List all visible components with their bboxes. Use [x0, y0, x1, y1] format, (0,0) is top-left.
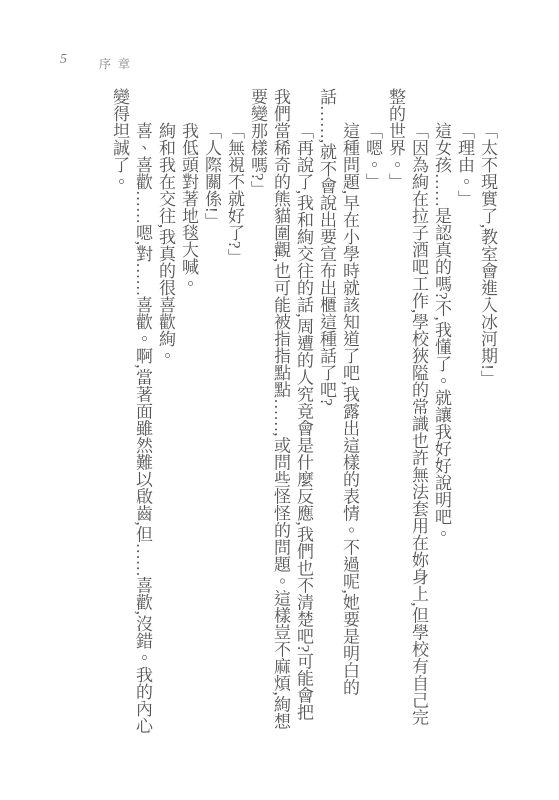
paragraph: 「因為絢在拉子酒吧工作,學校狹隘的常識也許無法套用在妳身上,但學校有自己完整的世… [384, 88, 430, 734]
book-page: 5 序章 「太不現實了,教室會進入冰河期!」「理由。」這女孩……是認真的嗎?不,… [0, 0, 559, 800]
paragraph: 喜、喜歡……嗯,對……喜歡。啊,當著面雖然難以啟齒,但……喜歡,沒錯。我的內心變… [108, 88, 154, 734]
paragraph: 「太不現實了,教室會進入冰河期!」 [476, 88, 499, 734]
paragraph: 絢和我在交往,我真的很喜歡絢。 [154, 88, 177, 734]
paragraph: 這種問題,早在小學時就該知道了吧,我露出這樣的表情。不過呢,她要是明白的話……,… [315, 88, 361, 734]
text-block: 「太不現實了,教室會進入冰河期!」「理由。」這女孩……是認真的嗎?不,我懂了。就… [108, 88, 499, 734]
paragraph: 我低頭對著地毯大喊。 [177, 88, 200, 734]
paragraph: 「嗯。」 [361, 88, 384, 734]
paragraph: 這女孩……是認真的嗎?不,我懂了。就讓我好好說明吧。 [430, 88, 453, 734]
chapter-title: 序章 [99, 55, 137, 72]
paragraph: 「無視不就好了?」 [223, 88, 246, 734]
paragraph: 「理由。」 [453, 88, 476, 734]
paragraph: 「人際關係!」 [200, 88, 223, 734]
page-number: 5 [60, 52, 68, 68]
paragraph: 「再說了,我和絢交往的話,周遭的人究竟會是什麼反應,我們也不清楚吧?可能會把我們… [246, 88, 315, 734]
